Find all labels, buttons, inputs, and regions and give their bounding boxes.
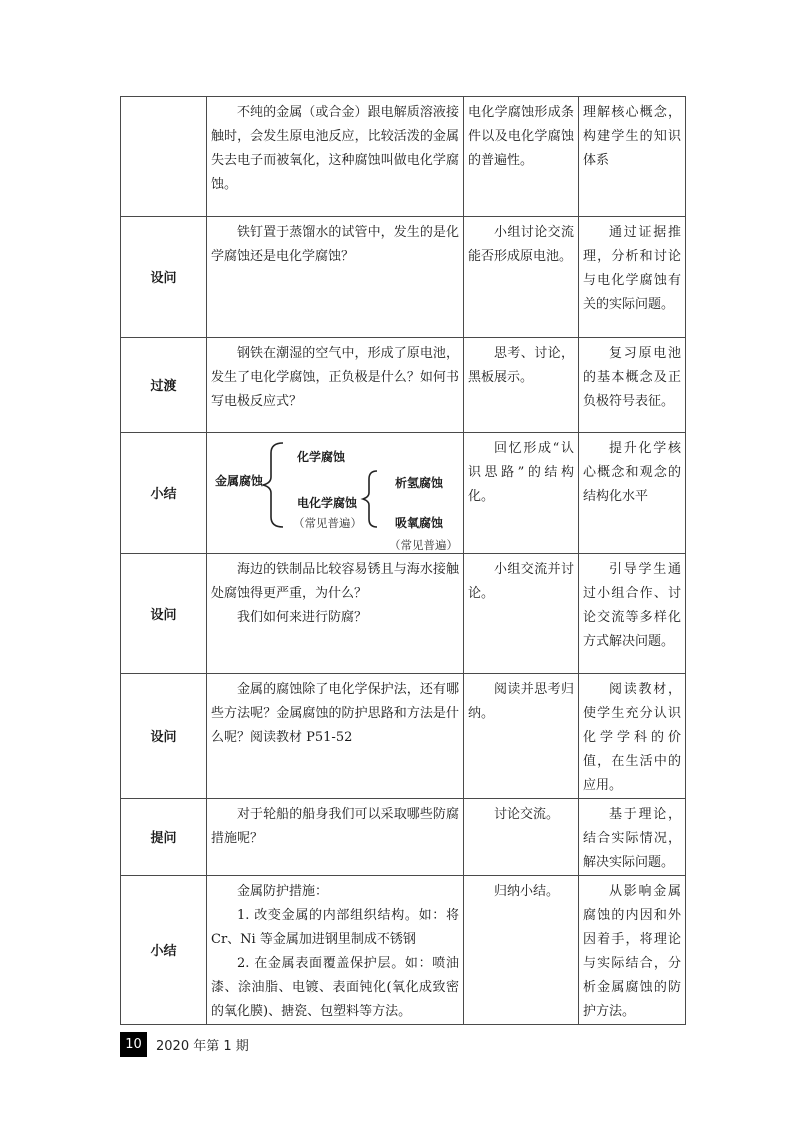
- table-row: 设问 海边的铁制品比较容易锈且与海水接触处腐蚀得更严重，为什么？ 我们如何来进行…: [121, 554, 686, 674]
- student-activity-text: 小组交流并讨论。: [468, 558, 574, 606]
- student-activity-cell: 小组讨论交流能否形成原电池。: [464, 217, 579, 338]
- content-text: 1. 改变金属的内部组织结构。如：将 Cr、Ni 等金属加进钢里制成不锈钢: [211, 904, 459, 952]
- design-intent-text: 理解核心概念，构建学生的知识体系: [583, 101, 681, 173]
- issue-label: 2020 年第 1 期: [156, 1035, 249, 1054]
- table-row: 小结 金属腐蚀 化学腐蚀 电化学腐蚀 （常见普遍） 析氢腐蚀 吸氧腐蚀 （常见普…: [121, 433, 686, 554]
- content-cell: 金属防护措施： 1. 改变金属的内部组织结构。如：将 Cr、Ni 等金属加进钢里…: [207, 876, 464, 1025]
- student-activity-cell: 思考、讨论，黑板展示。: [464, 338, 579, 433]
- student-activity-text: 思考、讨论，黑板展示。: [468, 342, 574, 390]
- sub-oxygen-absorption-note: （常见普遍）: [389, 533, 458, 557]
- student-activity-cell: 阅读并思考归纳。: [464, 674, 579, 799]
- student-activity-text: 小组讨论交流能否形成原电池。: [468, 221, 574, 269]
- content-text: 铁钉置于蒸馏水的试管中，发生的是化学腐蚀还是电化学腐蚀？: [211, 221, 459, 269]
- content-cell: 不纯的金属（或合金）跟电解质溶液接触时，会发生原电池反应，比较活泼的金属失去电子…: [207, 97, 464, 217]
- design-intent-text: 基于理论，结合实际情况，解决实际问题。: [583, 803, 681, 875]
- content-cell: 钢铁在潮湿的空气中，形成了原电池，发生了电化学腐蚀，正负极是什么？如何书写电极反…: [207, 338, 464, 433]
- design-intent-text: 引导学生通过小组合作、讨论交流等多样化方式解决问题。: [583, 558, 681, 654]
- design-intent-cell: 引导学生通过小组合作、讨论交流等多样化方式解决问题。: [579, 554, 686, 674]
- design-intent-text: 通过证据推理，分析和讨论与电化学腐蚀有关的实际问题。: [583, 221, 681, 317]
- content-text: 金属防护措施：: [211, 880, 459, 904]
- student-activity-text: 回忆形成“认识思路”的结构化。: [468, 437, 574, 509]
- design-intent-text: 阅读教材，使学生充分认识化学学科的价值，在生活中的应用。: [583, 678, 681, 798]
- stage-cell: [121, 97, 207, 217]
- stage-cell: 过渡: [121, 338, 207, 433]
- stage-cell: 小结: [121, 433, 207, 554]
- content-cell: 海边的铁制品比较容易锈且与海水接触处腐蚀得更严重，为什么？ 我们如何来进行防腐？: [207, 554, 464, 674]
- student-activity-cell: 归纳小结。: [464, 876, 579, 1025]
- student-activity-cell: 讨论交流。: [464, 799, 579, 876]
- content-cell: 金属的腐蚀除了电化学保护法，还有哪些方法呢？金属腐蚀的防护思路和方法是什么呢？阅…: [207, 674, 464, 799]
- content-text: 海边的铁制品比较容易锈且与海水接触处腐蚀得更严重，为什么？: [211, 558, 459, 606]
- page-footer: 10 2020 年第 1 期: [120, 1032, 249, 1057]
- stage-cell: 设问: [121, 554, 207, 674]
- stage-cell: 小结: [121, 876, 207, 1025]
- student-activity-text: 归纳小结。: [468, 880, 574, 904]
- table-row: 设问 铁钉置于蒸馏水的试管中，发生的是化学腐蚀还是电化学腐蚀？ 小组讨论交流能否…: [121, 217, 686, 338]
- content-text: 我们如何来进行防腐？: [211, 606, 459, 630]
- lesson-plan-table: 不纯的金属（或合金）跟电解质溶液接触时，会发生原电池反应，比较活泼的金属失去电子…: [120, 96, 686, 1025]
- content-text: 2. 在金属表面覆盖保护层。如：喷油漆、涂油脂、电镀、表面钝化(氧化成致密的氧化…: [211, 952, 459, 1024]
- design-intent-cell: 复习原电池的基本概念及正负极符号表征。: [579, 338, 686, 433]
- stage-cell: 提问: [121, 799, 207, 876]
- design-intent-cell: 阅读教材，使学生充分认识化学学科的价值，在生活中的应用。: [579, 674, 686, 799]
- table-row: 过渡 钢铁在潮湿的空气中，形成了原电池，发生了电化学腐蚀，正负极是什么？如何书写…: [121, 338, 686, 433]
- design-intent-cell: 提升化学核心概念和观念的结构化水平: [579, 433, 686, 554]
- stage-cell: 设问: [121, 674, 207, 799]
- student-activity-cell: 小组交流并讨论。: [464, 554, 579, 674]
- content-cell: 金属腐蚀 化学腐蚀 电化学腐蚀 （常见普遍） 析氢腐蚀 吸氧腐蚀 （常见普遍）: [207, 433, 464, 554]
- content-text: 对于轮船的船身我们可以采取哪些防腐措施呢？: [211, 803, 459, 851]
- student-activity-text: 电化学腐蚀形成条件以及电化学腐蚀的普遍性。: [468, 101, 574, 173]
- stage-cell: 设问: [121, 217, 207, 338]
- root-label: 金属腐蚀: [215, 469, 263, 493]
- design-intent-cell: 理解核心概念，构建学生的知识体系: [579, 97, 686, 217]
- student-activity-text: 阅读并思考归纳。: [468, 678, 574, 726]
- content-cell: 对于轮船的船身我们可以采取哪些防腐措施呢？: [207, 799, 464, 876]
- student-activity-cell: 回忆形成“认识思路”的结构化。: [464, 433, 579, 554]
- design-intent-text: 复习原电池的基本概念及正负极符号表征。: [583, 342, 681, 414]
- design-intent-text: 提升化学核心概念和观念的结构化水平: [583, 437, 681, 509]
- content-text: 不纯的金属（或合金）跟电解质溶液接触时，会发生原电池反应，比较活泼的金属失去电子…: [211, 101, 459, 197]
- design-intent-cell: 通过证据推理，分析和讨论与电化学腐蚀有关的实际问题。: [579, 217, 686, 338]
- page-number: 10: [120, 1032, 147, 1057]
- content-text: 钢铁在潮湿的空气中，形成了原电池，发生了电化学腐蚀，正负极是什么？如何书写电极反…: [211, 342, 459, 414]
- table-row: 不纯的金属（或合金）跟电解质溶液接触时，会发生原电池反应，比较活泼的金属失去电子…: [121, 97, 686, 217]
- sub-oxygen-absorption-label: 吸氧腐蚀: [395, 511, 443, 535]
- corrosion-classification-diagram: 金属腐蚀 化学腐蚀 电化学腐蚀 （常见普遍） 析氢腐蚀 吸氧腐蚀 （常见普遍）: [211, 437, 459, 549]
- sub-hydrogen-evolution-label: 析氢腐蚀: [395, 471, 443, 495]
- design-intent-cell: 从影响金属腐蚀的内因和外因着手，将理论与实际结合，分析金属腐蚀的防护方法。: [579, 876, 686, 1025]
- content-text: 金属的腐蚀除了电化学保护法，还有哪些方法呢？金属腐蚀的防护思路和方法是什么呢？阅…: [211, 678, 459, 750]
- design-intent-cell: 基于理论，结合实际情况，解决实际问题。: [579, 799, 686, 876]
- table-row: 提问 对于轮船的船身我们可以采取哪些防腐措施呢？ 讨论交流。 基于理论，结合实际…: [121, 799, 686, 876]
- design-intent-text: 从影响金属腐蚀的内因和外因着手，将理论与实际结合，分析金属腐蚀的防护方法。: [583, 880, 681, 1024]
- content-cell: 铁钉置于蒸馏水的试管中，发生的是化学腐蚀还是电化学腐蚀？: [207, 217, 464, 338]
- student-activity-cell: 电化学腐蚀形成条件以及电化学腐蚀的普遍性。: [464, 97, 579, 217]
- table-row: 设问 金属的腐蚀除了电化学保护法，还有哪些方法呢？金属腐蚀的防护思路和方法是什么…: [121, 674, 686, 799]
- branch-chemical-label: 化学腐蚀: [297, 445, 345, 469]
- student-activity-text: 讨论交流。: [468, 803, 574, 827]
- table-row: 小结 金属防护措施： 1. 改变金属的内部组织结构。如：将 Cr、Ni 等金属加…: [121, 876, 686, 1025]
- branch-electrochemical-note: （常见普遍）: [293, 511, 362, 535]
